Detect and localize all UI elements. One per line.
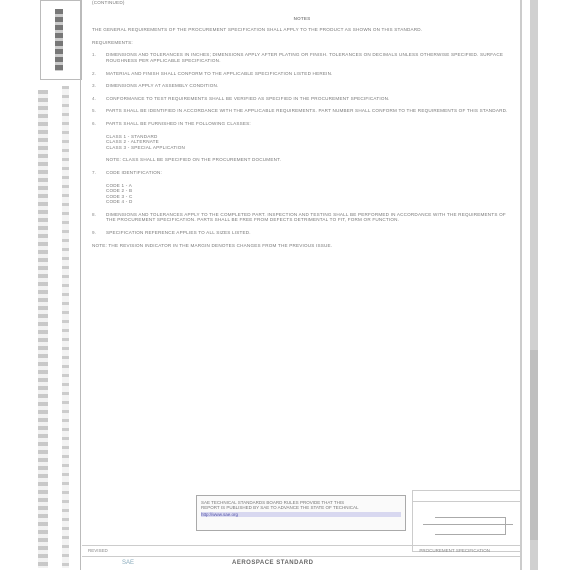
document-page: (continued) NOTES THE GENERAL REQUIREMEN… [0, 0, 570, 570]
requirement-item: 9.SPECIFICATION REFERENCE APPLIES TO ALL… [92, 230, 512, 236]
requirement-item: 8.DIMENSIONS AND TOLERANCES APPLY TO THE… [92, 212, 512, 223]
code-list: CODE 1 - A CODE 2 - B CODE 3 - C CODE 4 … [106, 183, 512, 205]
requirement-item: 3.DIMENSIONS APPLY AT ASSEMBLY CONDITION… [92, 83, 512, 89]
drawing-part-outline [435, 517, 506, 535]
document-title: AEROSPACE STANDARD [232, 556, 313, 570]
top-fragment: (continued) [92, 0, 512, 6]
part-drawing [412, 490, 522, 552]
document-number-vertical [55, 9, 63, 71]
requirement-item: 4.CONFORMANCE TO TEST REQUIREMENTS SHALL… [92, 96, 512, 102]
drawing-header [413, 491, 521, 502]
requirement-item: 7.CODE IDENTIFICATION: [92, 170, 512, 176]
class-note: NOTE: CLASS SHALL BE SPECIFIED ON THE PR… [106, 157, 512, 163]
requirements-label: REQUIREMENTS: [92, 40, 512, 46]
right-border [520, 0, 522, 570]
title-block: SAE AEROSPACE STANDARD [82, 556, 520, 570]
requirement-item: 5.PARTS SHALL BE IDENTIFIED IN ACCORDANC… [92, 108, 512, 114]
org-logo: SAE [122, 556, 134, 570]
margin-legend-secondary [62, 86, 69, 568]
sae-link[interactable]: http://www.sae.org [201, 512, 401, 517]
left-border [80, 0, 81, 570]
document-body: (continued) NOTES THE GENERAL REQUIREMEN… [92, 0, 512, 255]
intro-paragraph: THE GENERAL REQUIREMENTS OF THE PROCUREM… [92, 27, 512, 33]
class-list: CLASS 1 - STANDARD CLASS 2 - ALTERNATE C… [106, 134, 512, 151]
scrollbar[interactable] [530, 0, 538, 570]
section-heading: NOTES [92, 16, 512, 22]
margin-legend [38, 90, 48, 568]
requirement-item: 1.DIMENSIONS AND TOLERANCES IN INCHES; D… [92, 52, 512, 63]
document-number-box [40, 0, 82, 80]
copyright-notice-box: SAE TECHNICAL STANDARDS BOARD RULES PROV… [196, 495, 406, 531]
final-note: NOTE: THE REVISION INDICATOR IN THE MARG… [92, 243, 512, 249]
requirement-item: 6.PARTS SHALL BE FURNISHED IN THE FOLLOW… [92, 121, 512, 127]
scrollbar-thumb[interactable] [530, 350, 538, 540]
requirement-item: 2.MATERIAL AND FINISH SHALL CONFORM TO T… [92, 71, 512, 77]
